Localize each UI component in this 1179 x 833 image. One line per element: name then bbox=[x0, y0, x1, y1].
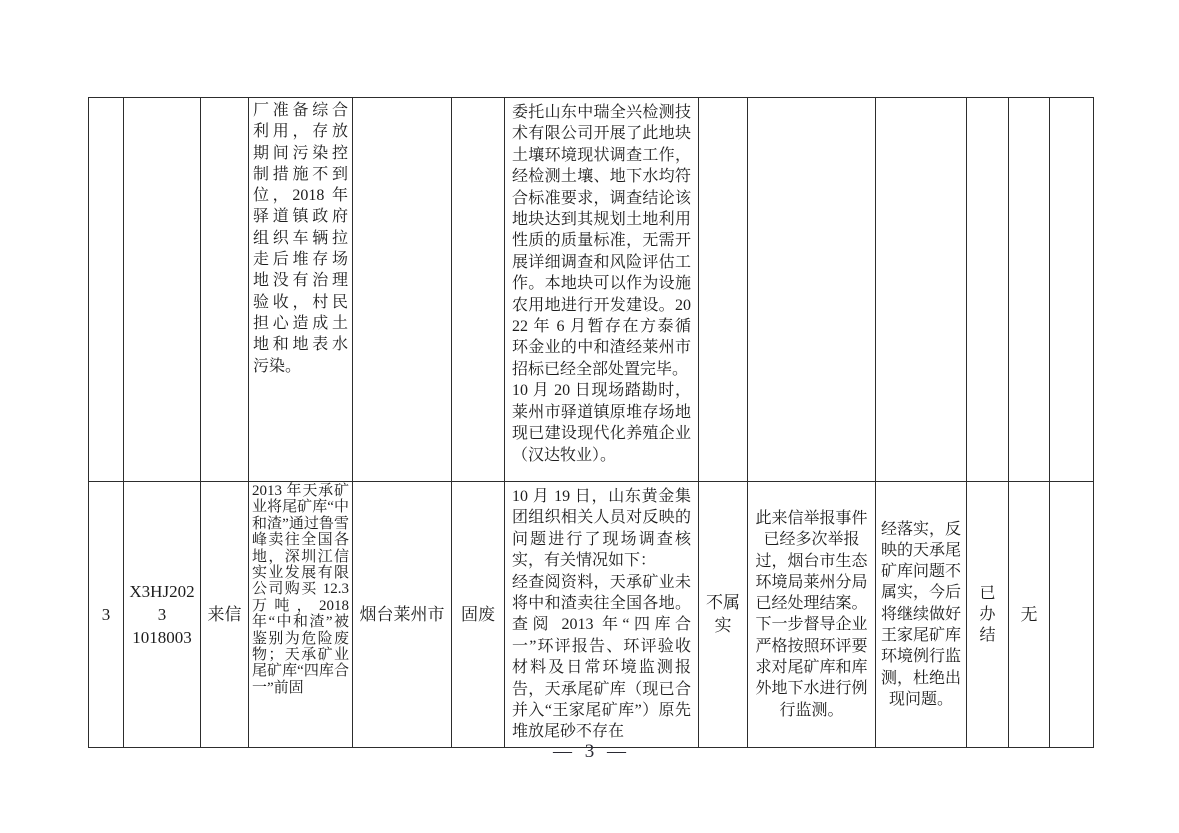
cell-remarks bbox=[1050, 98, 1094, 482]
cell-case-number bbox=[124, 98, 201, 482]
cell-region bbox=[353, 98, 452, 482]
cell-complaint-description: 厂准备综合利用，存放期间污染控制措施不到位，2018 年驿道镇政府组织车辆拉走后… bbox=[249, 98, 353, 482]
cell-handling-measures: 此来信举报事件已经多次举报过，烟台市生态环境局莱州分局已经处理结案。下一步督导企… bbox=[748, 482, 876, 748]
cell-rectification-status bbox=[876, 98, 967, 482]
cell-investigation-result: 10 月 19 日，山东黄金集团组织相关人员对反映的问题进行了现场调查核实，有关… bbox=[505, 482, 699, 748]
table-row-3: 3 X3HJ2023 1018003 来信 2013 年天承矿业将尾矿库“中和渣… bbox=[88, 481, 1094, 748]
cell-rectification-status: 经落实，反映的天承尾矿库问题不属实，今后将继续做好王家尾矿库环境例行监测，杜绝出… bbox=[876, 482, 967, 748]
cell-letter-type: 来信 bbox=[201, 482, 249, 748]
cell-accountability: 无 bbox=[1009, 482, 1050, 748]
cell-verification-status: 不属实 bbox=[699, 482, 748, 748]
page-number: — 3 — bbox=[0, 741, 1179, 763]
cell-letter-type bbox=[201, 98, 249, 482]
cell-handling-measures bbox=[748, 98, 876, 482]
document-page: 厂准备综合利用，存放期间污染控制措施不到位，2018 年驿道镇政府组织车辆拉走后… bbox=[0, 0, 1179, 833]
table-row: 厂准备综合利用，存放期间污染控制措施不到位，2018 年驿道镇政府组织车辆拉走后… bbox=[89, 98, 1094, 482]
cell-verification-status bbox=[699, 98, 748, 482]
table-row-continuation: 厂准备综合利用，存放期间污染控制措施不到位，2018 年驿道镇政府组织车辆拉走后… bbox=[88, 97, 1094, 482]
cell-completion-status bbox=[967, 98, 1009, 482]
cell-pollution-type bbox=[452, 98, 505, 482]
cell-seq-number: 3 bbox=[89, 482, 124, 748]
table-row: 3 X3HJ2023 1018003 来信 2013 年天承矿业将尾矿库“中和渣… bbox=[89, 482, 1094, 748]
cell-completion-status: 已办结 bbox=[967, 482, 1009, 748]
cell-investigation-result: 委托山东中瑞全兴检测技术有限公司开展了此地块土壤环境现状调查工作，经检测土壤、地… bbox=[505, 98, 699, 482]
cell-pollution-type: 固废 bbox=[452, 482, 505, 748]
cell-remarks bbox=[1050, 482, 1094, 748]
cell-accountability bbox=[1009, 98, 1050, 482]
cell-complaint-description: 2013 年天承矿业将尾矿库“中和渣”通过鲁雪峰卖往全国各地，深圳江信实业发展有… bbox=[249, 482, 353, 748]
cell-seq-number bbox=[89, 98, 124, 482]
cell-case-number: X3HJ2023 1018003 bbox=[124, 482, 201, 748]
cell-region: 烟台莱州市 bbox=[353, 482, 452, 748]
